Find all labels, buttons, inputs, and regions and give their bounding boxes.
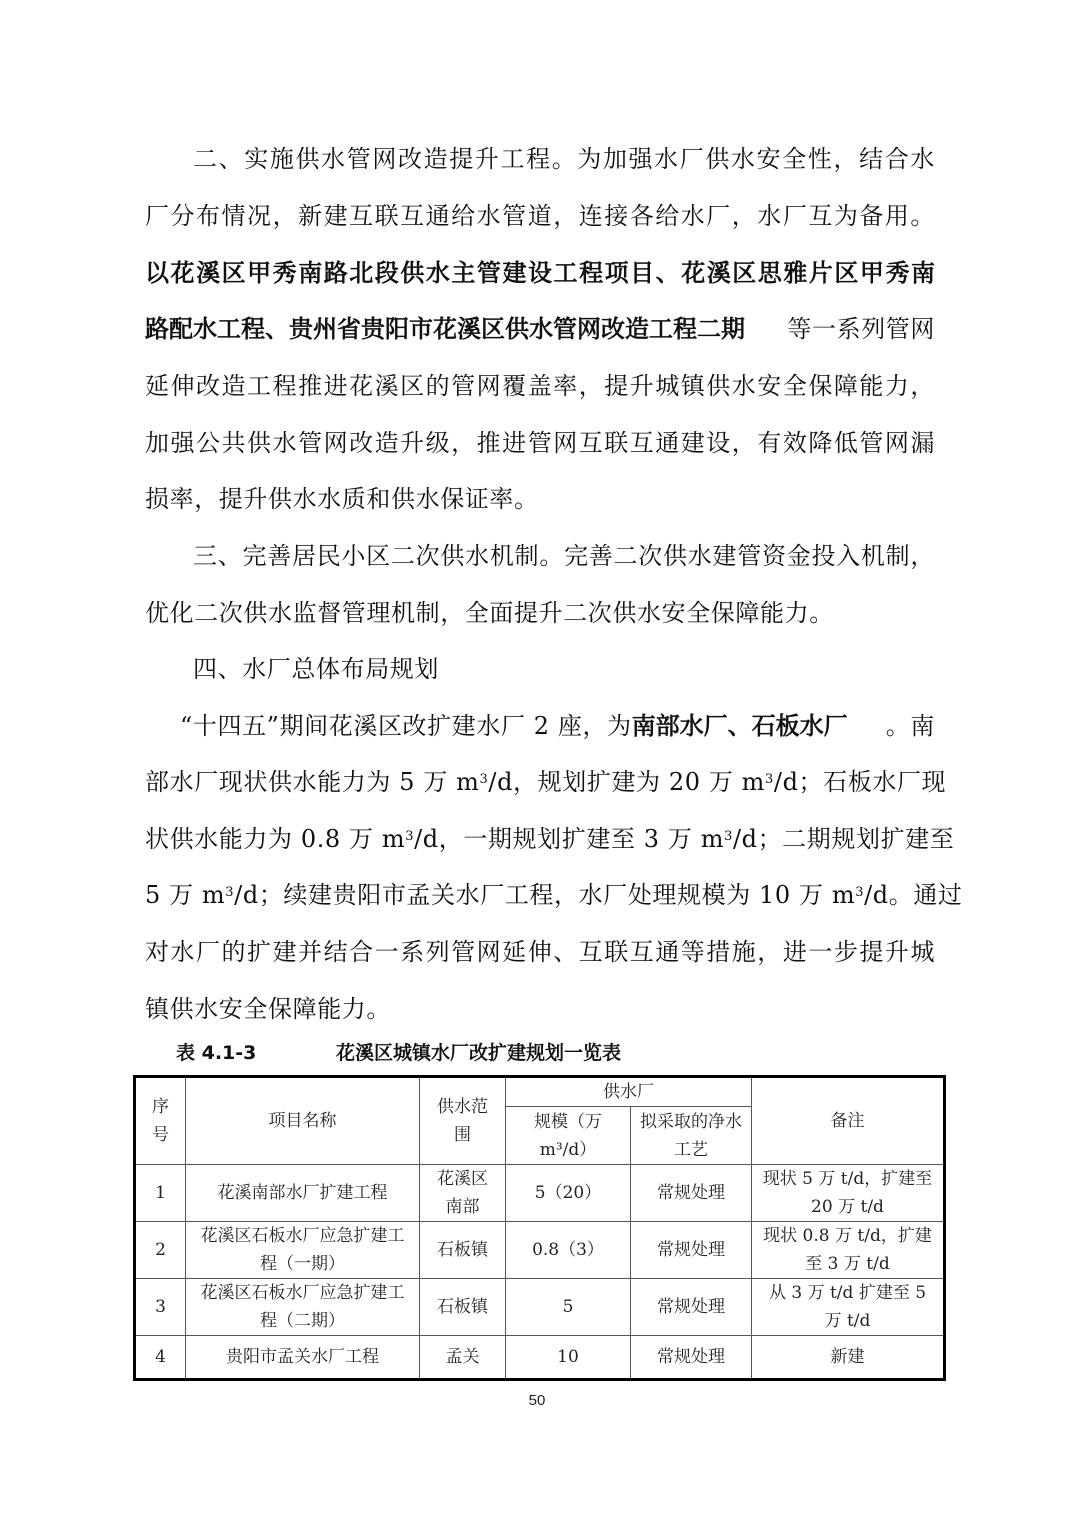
header-name: 项目名称 <box>186 1077 420 1165</box>
paragraph-line: 路配水工程、贵州省贵阳市花溪区供水管网改造工程二期 等一系列管网 <box>145 313 935 345</box>
bold-project-line: 以花溪区甲秀南路北段供水主管建设工程项目、花溪区思雅片区甲秀南 <box>145 257 935 289</box>
superscript: 3 <box>855 885 864 900</box>
cell-name: 花溪区石板水厂应急扩建工程（二期） <box>186 1279 420 1336</box>
text-span: /d；二期规划扩建至 <box>733 825 954 853</box>
cell-remark: 现状 0.8 万 t/d，扩建至 3 万 t/d <box>752 1222 945 1279</box>
cell-scale: 10 <box>506 1336 631 1380</box>
cell-range: 石板镇 <box>420 1279 506 1336</box>
cell-seq: 2 <box>135 1222 186 1279</box>
cell-process: 常规处理 <box>631 1336 752 1380</box>
table-row: 4 贵阳市孟关水厂工程 孟关 10 常规处理 新建 <box>135 1336 945 1380</box>
normal-text: 等一系列管网 <box>787 313 935 345</box>
superscript: 3 <box>765 772 774 787</box>
header-range: 供水范围 <box>420 1077 506 1165</box>
header-process: 拟采取的净水工艺 <box>631 1107 752 1165</box>
header-remark: 备注 <box>752 1077 945 1165</box>
paragraph-line: “十四五”期间花溪区改扩建水厂 2 座，为南部水厂、石板水厂。南 <box>180 710 935 742</box>
paragraph-line: 镇供水安全保障能力。 <box>145 993 935 1025</box>
text-span: 部水厂现状供水能力为 5 万 m <box>145 768 480 796</box>
text-span: 状供水能力为 0.8 万 m <box>145 825 405 853</box>
table-caption-number: 表 4.1-3 <box>176 1040 256 1066</box>
cell-range: 花溪区南部 <box>420 1165 506 1222</box>
superscript: 3 <box>724 829 733 844</box>
paragraph-line: 加强公共供水管网改造升级，推进管网互联互通建设，有效降低管网漏 <box>145 427 935 459</box>
cell-name: 花溪南部水厂扩建工程 <box>186 1165 420 1222</box>
cell-seq: 4 <box>135 1336 186 1380</box>
cell-range: 石板镇 <box>420 1222 506 1279</box>
cell-seq: 1 <box>135 1165 186 1222</box>
cell-name: 花溪区石板水厂应急扩建工程（一期） <box>186 1222 420 1279</box>
paragraph-line: 三、完善居民小区二次供水机制。完善二次供水建管资金投入机制， <box>193 540 935 572</box>
cell-process: 常规处理 <box>631 1222 752 1279</box>
paragraph-line: 二、实施供水管网改造提升工程。为加强水厂供水安全性，结合水 <box>193 143 935 175</box>
table-row: 2 花溪区石板水厂应急扩建工程（一期） 石板镇 0.8（3） 常规处理 现状 0… <box>135 1222 945 1279</box>
paragraph-line: 部水厂现状供水能力为 5 万 m3/d，规划扩建为 20 万 m3/d；石板水厂… <box>145 766 935 798</box>
cell-name: 贵阳市孟关水厂工程 <box>186 1336 420 1380</box>
cell-range: 孟关 <box>420 1336 506 1380</box>
cell-remark: 现状 5 万 t/d，扩建至 20 万 t/d <box>752 1165 945 1222</box>
paragraph-line: 5 万 m3/d；续建贵阳市孟关水厂工程，水厂处理规模为 10 万 m3/d。通… <box>145 879 935 911</box>
header-plant: 供水厂 <box>506 1077 752 1107</box>
cell-remark: 从 3 万 t/d 扩建至 5 万 t/d <box>752 1279 945 1336</box>
header-scale: 规模（万m³/d） <box>506 1107 631 1165</box>
text-span: /d。通过 <box>864 881 962 909</box>
cell-seq: 3 <box>135 1279 186 1336</box>
paragraph-line: 优化二次供水监督管理机制，全面提升二次供水安全保障能力。 <box>145 597 935 629</box>
superscript: 3 <box>405 829 414 844</box>
paragraph-line: 延伸改造工程推进花溪区的管网覆盖率，提升城镇供水安全保障能力， <box>145 370 935 402</box>
text-span: /d；石板水厂现 <box>774 768 946 796</box>
cell-scale: 5 <box>506 1279 631 1336</box>
text-span: /d，一期规划扩建至 3 万 m <box>414 825 724 853</box>
header-seq: 序号 <box>135 1077 186 1165</box>
bold-plant-names: 南部水厂、石板水厂 <box>632 710 848 742</box>
superscript: 3 <box>480 772 489 787</box>
text-span: /d；续建贵阳市孟关水厂工程，水厂处理规模为 10 万 m <box>234 881 855 909</box>
table-row: 3 花溪区石板水厂应急扩建工程（二期） 石板镇 5 常规处理 从 3 万 t/d… <box>135 1279 945 1336</box>
paragraph-line: 厂分布情况，新建互联互通给水管道，连接各给水厂，水厂互为备用。 <box>145 200 935 232</box>
text-span: 5 万 m <box>145 881 225 909</box>
paragraph-line: 对水厂的扩建并结合一系列管网延伸、互联互通等措施，进一步提升城 <box>145 936 935 968</box>
text-span: /d，规划扩建为 20 万 m <box>488 768 765 796</box>
section-heading: 四、水厂总体布局规划 <box>193 653 935 685</box>
paragraph-line: 损率，提升供水水质和供水保证率。 <box>145 483 935 515</box>
table-caption-title: 花溪区城镇水厂改扩建规划一览表 <box>336 1040 621 1066</box>
cell-process: 常规处理 <box>631 1279 752 1336</box>
text-span: 。南 <box>886 710 935 742</box>
table-row: 1 花溪南部水厂扩建工程 花溪区南部 5（20） 常规处理 现状 5 万 t/d… <box>135 1165 945 1222</box>
page-number: 50 <box>0 1392 1074 1409</box>
paragraph-line: 状供水能力为 0.8 万 m3/d，一期规划扩建至 3 万 m3/d；二期规划扩… <box>145 823 935 855</box>
cell-process: 常规处理 <box>631 1165 752 1222</box>
document-page: 二、实施供水管网改造提升工程。为加强水厂供水安全性，结合水 厂分布情况，新建互联… <box>0 0 1074 1520</box>
text-span: “十四五”期间花溪区改扩建水厂 2 座，为 <box>180 710 632 742</box>
cell-remark: 新建 <box>752 1336 945 1380</box>
bold-project-text: 路配水工程、贵州省贵阳市花溪区供水管网改造工程二期 <box>145 313 745 345</box>
cell-scale: 0.8（3） <box>506 1222 631 1279</box>
water-plant-plan-table: 序号 项目名称 供水范围 供水厂 备注 规模（万m³/d） 拟采取的净水工艺 1… <box>133 1075 946 1381</box>
superscript: 3 <box>225 885 234 900</box>
cell-scale: 5（20） <box>506 1165 631 1222</box>
